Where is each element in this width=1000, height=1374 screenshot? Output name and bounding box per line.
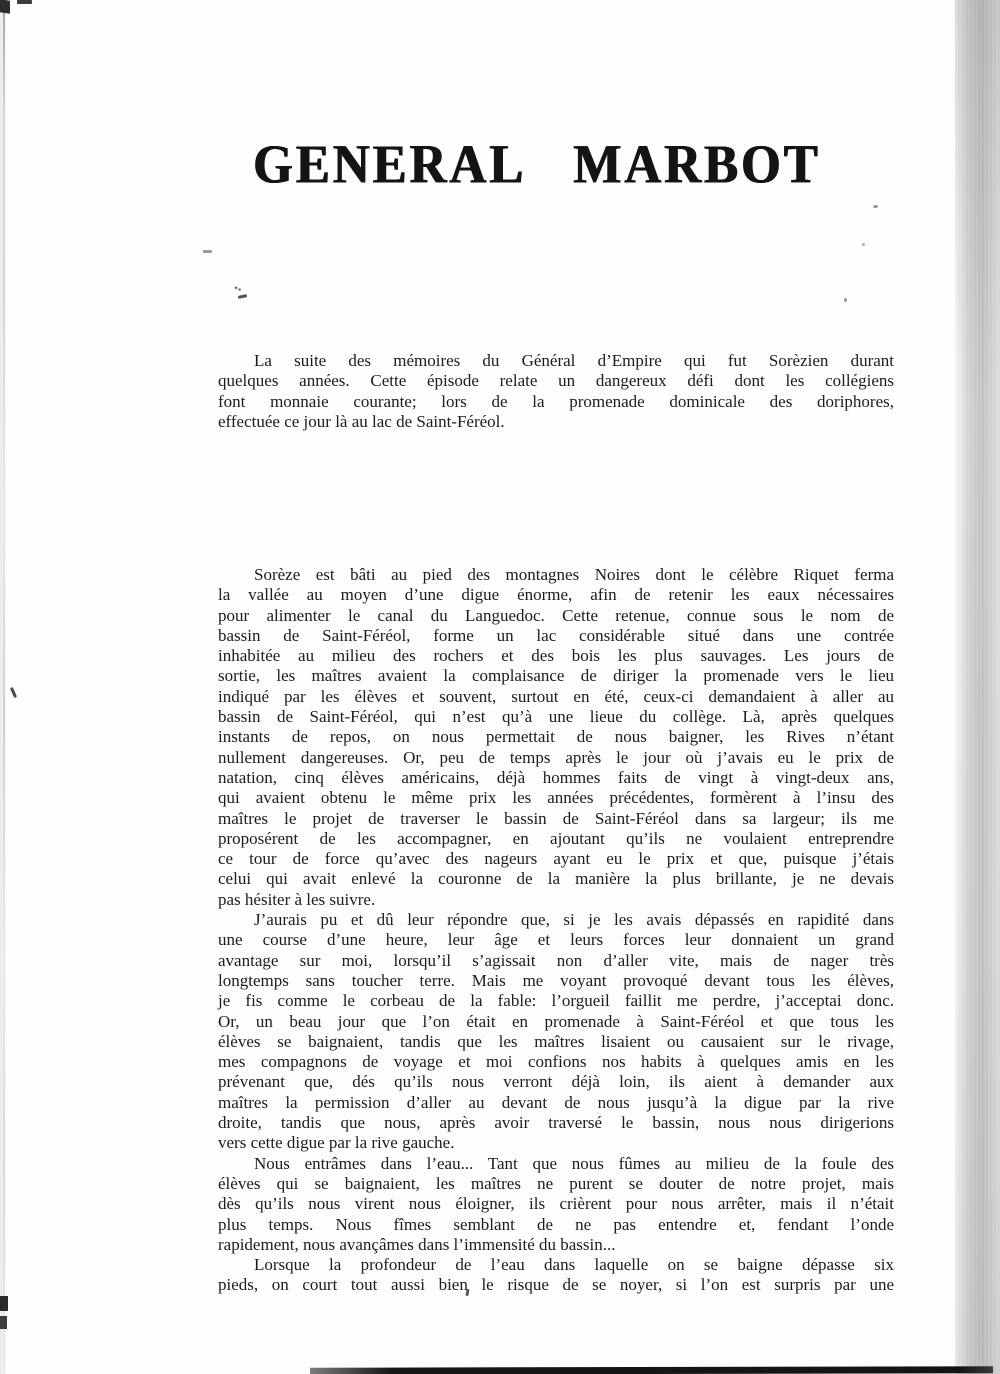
text-line: pieds, on court tout aussi bien le risqu… <box>218 1275 894 1295</box>
text-line: vers cette digue par la rive gauche. <box>218 1133 894 1153</box>
scanned-page: GENERAL MARBOT La suite des mémoires du … <box>0 0 1000 1374</box>
scan-right-shadow <box>955 0 1000 1374</box>
text-line: élèves se baignaient, tandis que les maî… <box>218 1032 894 1052</box>
text-line: La suite des mémoires du Général d’Empir… <box>218 351 894 371</box>
text-line: nullement dangereuses. Or, peu de temps … <box>218 748 894 768</box>
text-line: pour alimenter le canal du Languedoc. Ce… <box>218 606 894 626</box>
text-line: élèves qui se baignaient, les maîtres ne… <box>218 1174 894 1194</box>
text-line: pas hésiter à les suivre. <box>218 890 894 910</box>
text-line: prévenant que, dés qu’ils nous verront d… <box>218 1072 894 1092</box>
text-line: instants de repos, on nous permettait de… <box>218 727 894 747</box>
text-line: qui avaient obtenu le même prix les anné… <box>218 788 894 808</box>
scan-speck <box>844 298 847 302</box>
text-line: inhabitée au milieu des rochers et des b… <box>218 646 894 666</box>
scan-left-edge-line <box>3 0 5 1374</box>
scan-speck <box>862 243 865 246</box>
text-line: rapidement, nous avançâmes dans l’immens… <box>218 1235 894 1255</box>
text-line: la vallée au moyen d’une digue énorme, a… <box>218 585 894 605</box>
text-line: natation, cinq élèves américains, déjà h… <box>218 768 894 788</box>
scan-edge-mark <box>0 1316 7 1329</box>
text-line: dès qu’ils nous virent nous éloigner, il… <box>218 1194 894 1214</box>
text-line: bassin de Saint-Féréol, qui n’est qu’à u… <box>218 707 894 727</box>
scan-speck <box>873 205 878 208</box>
text-line: je fis comme le corbeau de la fable: l’o… <box>218 991 894 1011</box>
text-line: Nous entrâmes dans l’eau... Tant que nou… <box>218 1154 894 1174</box>
text-line: maîtres la permission d’aller au devant … <box>218 1093 894 1113</box>
scan-bottom-strip <box>310 1366 993 1374</box>
text-line: ce tour de force qu’avec des nageurs aya… <box>218 849 894 869</box>
intro-paragraph: La suite des mémoires du Général d’Empir… <box>218 351 894 432</box>
paragraph: J’aurais pu et dû leur répondre que, si … <box>218 910 894 1154</box>
text-line: Lorsque la profondeur de l’eau dans laqu… <box>218 1255 894 1275</box>
text-line: droite, tandis que nous, après avoir tra… <box>218 1113 894 1133</box>
paragraph: Lorsque la profondeur de l’eau dans laqu… <box>218 1255 894 1296</box>
text-line: mes compagnons de voyage et moi confions… <box>218 1052 894 1072</box>
scan-speck <box>238 294 247 299</box>
text-line: J’aurais pu et dû leur répondre que, si … <box>218 910 894 930</box>
scan-speck <box>203 250 212 253</box>
body-text: Sorèze est bâti au pied des montagnes No… <box>218 565 894 1296</box>
text-line: indiqué par les élèves et souvent, surto… <box>218 687 894 707</box>
text-line: Or, un beau jour que l’on était en prome… <box>218 1012 894 1032</box>
scan-corner-mark <box>0 0 10 14</box>
scan-speck <box>17 0 32 4</box>
text-line: une course d’une heure, leur âge et leur… <box>218 930 894 950</box>
scan-speck <box>234 286 241 292</box>
paragraph: Sorèze est bâti au pied des montagnes No… <box>218 565 894 910</box>
scan-left-edge-band <box>0 0 7 1374</box>
text-line: sortie, les maîtres avaient la complaisa… <box>218 666 894 686</box>
text-line: avantage sur moi, lorsqu’il s’agissait n… <box>218 951 894 971</box>
text-line: maîtres le projet de traverser le bassin… <box>218 809 894 829</box>
paragraph: Nous entrâmes dans l’eau... Tant que nou… <box>218 1154 894 1255</box>
scan-edge-mark <box>0 1296 8 1311</box>
text-line: font monnaie courante; lors de la promen… <box>218 392 894 412</box>
text-line: celui qui avait enlevé la couronne de la… <box>218 869 894 889</box>
text-line: longtemps sans toucher terre. Mais me vo… <box>218 971 894 991</box>
text-line: proposérent de les accompagner, en ajout… <box>218 829 894 849</box>
text-line: quelques années. Cette épisode relate un… <box>218 371 894 391</box>
text-line: effectuée ce jour là au lac de Saint-Fér… <box>218 412 894 432</box>
text-line: plus temps. Nous fîmes semblant de ne pa… <box>218 1215 894 1235</box>
text-line: Sorèze est bâti au pied des montagnes No… <box>218 565 894 585</box>
text-line: bassin de Saint-Féréol, forme un lac con… <box>218 626 894 646</box>
page-title: GENERAL MARBOT <box>218 134 894 197</box>
scan-speck <box>10 687 17 698</box>
